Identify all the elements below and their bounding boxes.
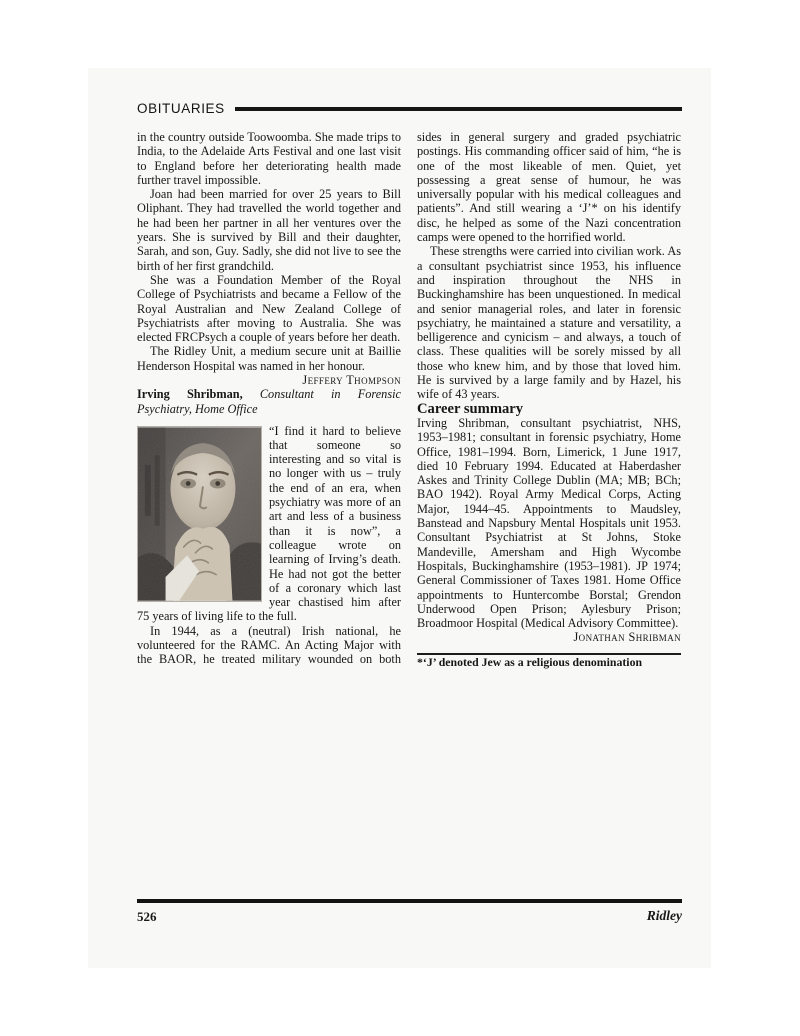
author-signature: Jeffery Thompson <box>137 373 401 387</box>
right-column: sides in general surgery and graded psyc… <box>417 130 681 669</box>
scanned-obituary-page: OBITUARIES in the country outside Toowoo… <box>0 0 800 1036</box>
author-signature: Jonathan Shribman <box>417 630 681 644</box>
journal-name: Ridley <box>137 908 682 924</box>
portrait-photo-illustration <box>138 427 261 601</box>
obituary-paragraph: In 1944, as a (neutral) Irish national, … <box>137 624 401 667</box>
obituary-paragraph: The Ridley Unit, a medium secure unit at… <box>137 344 401 373</box>
masthead-rule <box>235 107 682 111</box>
footer-rule <box>137 899 682 903</box>
career-summary-heading: Career summary <box>417 402 681 416</box>
deceased-name: Irving Shribman, <box>137 387 243 401</box>
obituary-paragraph: sides in general surgery and graded psyc… <box>417 130 681 244</box>
obituary-paragraph: She was a Foundation Member of the Royal… <box>137 273 401 344</box>
obituary-heading: Irving Shribman, Consultant in Forensic … <box>137 387 401 416</box>
masthead: OBITUARIES <box>137 101 682 116</box>
career-summary-text: Irving Shribman, consultant psychiatrist… <box>417 416 681 630</box>
obituary-paragraph: These strengths were carried into civili… <box>417 244 681 401</box>
portrait-photo <box>137 426 262 602</box>
left-column: in the country outside Toowoomba. She ma… <box>137 130 401 667</box>
footnote-text: *‘J’ denoted Jew as a religious denomina… <box>417 655 681 669</box>
obituary-paragraph: in the country outside Toowoomba. She ma… <box>137 130 401 187</box>
biography-block: “I find it hard to believe that someone … <box>137 424 401 624</box>
section-title: OBITUARIES <box>137 101 225 116</box>
obituary-paragraph: Joan had been married for over 25 years … <box>137 187 401 273</box>
